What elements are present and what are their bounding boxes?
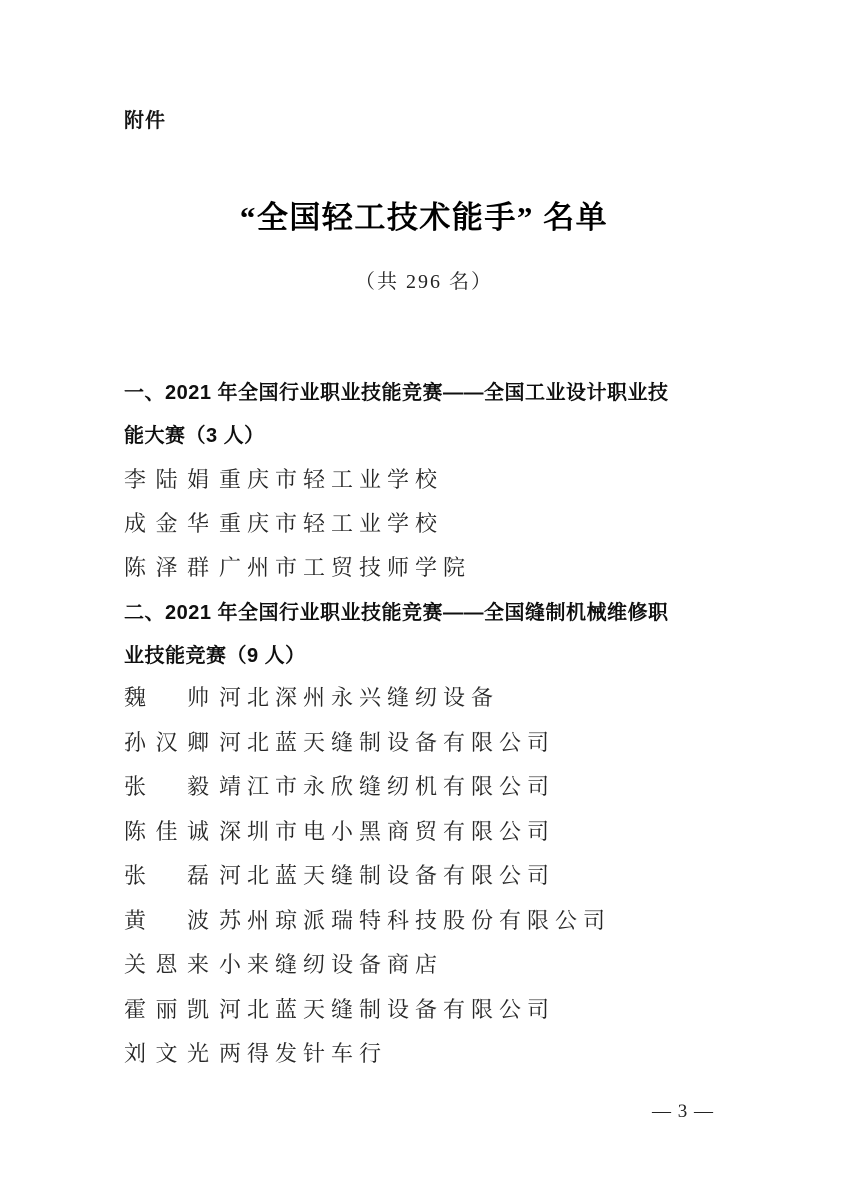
roster-row: 张磊河北蓝天缝制设备有限公司 xyxy=(124,862,611,907)
section-2-roster: 魏帅河北深州永兴缝纫设备孙汉卿河北蓝天缝制设备有限公司张毅靖江市永欣缝纫机有限公… xyxy=(124,684,611,1085)
roster-organization: 小来缝纫设备商店 xyxy=(219,951,443,978)
roster-row: 魏帅河北深州永兴缝纫设备 xyxy=(124,684,611,729)
roster-organization: 靖江市永欣缝纫机有限公司 xyxy=(219,773,555,800)
roster-name: 张毅 xyxy=(124,773,209,800)
roster-row: 陈佳诚深圳市电小黑商贸有限公司 xyxy=(124,818,611,863)
roster-organization: 河北蓝天缝制设备有限公司 xyxy=(219,996,555,1023)
roster-organization: 河北蓝天缝制设备有限公司 xyxy=(219,729,555,756)
roster-organization: 苏州琼派瑞特科技股份有限公司 xyxy=(219,907,611,934)
attachment-label: 附件 xyxy=(124,108,166,134)
roster-name: 魏帅 xyxy=(124,684,209,711)
roster-name: 刘文光 xyxy=(124,1040,209,1067)
roster-organization: 河北深州永兴缝纫设备 xyxy=(219,684,499,711)
roster-organization: 重庆市轻工业学校 xyxy=(219,466,443,493)
roster-name: 陈佳诚 xyxy=(124,818,209,845)
roster-organization: 广州市工贸技师学院 xyxy=(219,554,471,581)
section-2-heading: 二、2021 年全国行业职业技能竞赛——全国缝制机械维修职业技能竞赛（9 人） xyxy=(124,592,672,678)
section-1-roster: 李陆娟重庆市轻工业学校成金华重庆市轻工业学校陈泽群广州市工贸技师学院 xyxy=(124,466,471,598)
roster-name: 张磊 xyxy=(124,862,209,889)
roster-name: 成金华 xyxy=(124,510,209,537)
roster-row: 成金华重庆市轻工业学校 xyxy=(124,510,471,554)
roster-row: 孙汉卿河北蓝天缝制设备有限公司 xyxy=(124,729,611,774)
roster-name: 霍丽凯 xyxy=(124,996,209,1023)
roster-name: 关恩来 xyxy=(124,951,209,978)
roster-organization: 重庆市轻工业学校 xyxy=(219,510,443,537)
document-subtitle: （共 296 名） xyxy=(0,269,848,295)
page-number-footer: — 3 — xyxy=(593,1100,773,1124)
document-page: 附件 “全国轻工技术能手” 名单 （共 296 名） 一、2021 年全国行业职… xyxy=(0,0,848,1200)
roster-name: 李陆娟 xyxy=(124,466,209,493)
roster-name: 陈泽群 xyxy=(124,554,209,581)
section-1-heading: 一、2021 年全国行业职业技能竞赛——全国工业设计职业技能大赛（3 人） xyxy=(124,372,672,458)
roster-row: 李陆娟重庆市轻工业学校 xyxy=(124,466,471,510)
roster-row: 黄波苏州琼派瑞特科技股份有限公司 xyxy=(124,907,611,952)
roster-row: 霍丽凯河北蓝天缝制设备有限公司 xyxy=(124,996,611,1041)
roster-row: 关恩来小来缝纫设备商店 xyxy=(124,951,611,996)
roster-name: 孙汉卿 xyxy=(124,729,209,756)
roster-row: 刘文光两得发针车行 xyxy=(124,1040,611,1085)
roster-organization: 深圳市电小黑商贸有限公司 xyxy=(219,818,555,845)
roster-organization: 两得发针车行 xyxy=(219,1040,387,1067)
document-title: “全国轻工技术能手” 名单 xyxy=(0,198,848,238)
roster-organization: 河北蓝天缝制设备有限公司 xyxy=(219,862,555,889)
roster-row: 张毅靖江市永欣缝纫机有限公司 xyxy=(124,773,611,818)
roster-name: 黄波 xyxy=(124,907,209,934)
